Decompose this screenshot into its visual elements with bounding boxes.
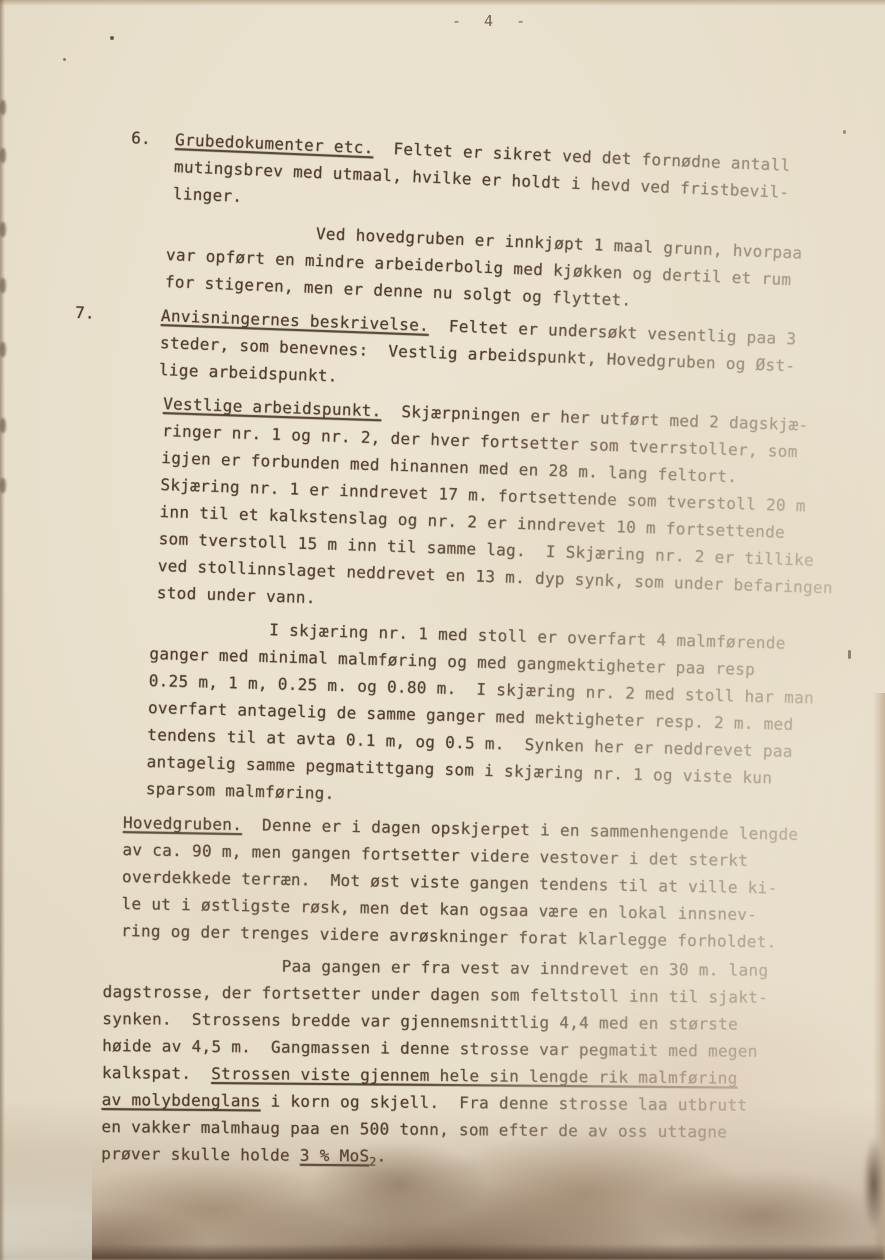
vestlige-arbeidspunkt-heading: Vestlige arbeidspunkt. bbox=[163, 394, 382, 420]
hovedgruben-heading: Hovedgruben. bbox=[123, 813, 243, 834]
scanned-document-page: - 4 - 6.Grubedokumenter etc. Feltet er s… bbox=[0, 0, 885, 1260]
paragraph-text: Ved hovedgruben er innkjøpt 1 maal grunn… bbox=[165, 218, 803, 310]
binding-mark bbox=[0, 342, 6, 357]
scanner-corner-light bbox=[0, 1150, 92, 1260]
paragraph-text: I skjæring nr. 1 med stoll er overfart 4… bbox=[146, 617, 815, 803]
document-body: 6.Grubedokumenter etc. Feltet er sikret … bbox=[160, 126, 860, 1174]
mos2-formula: 3 % MoS2 bbox=[300, 1146, 377, 1166]
section-7-number: 7. bbox=[75, 299, 96, 327]
ink-speck bbox=[63, 58, 66, 61]
mos2-formula-prefix: 3 % MoS bbox=[300, 1146, 370, 1166]
paragraph-vestlige-arbeidspunkt: Vestlige arbeidspunkt. Skjærpningen er h… bbox=[156, 390, 863, 629]
binding-mark bbox=[0, 148, 6, 163]
binding-mark bbox=[0, 278, 6, 293]
paragraph-paa-gangen: Paa gangen er fra vest av inndrevet en 3… bbox=[101, 951, 861, 1174]
section-6-number: 6. bbox=[131, 124, 152, 152]
paragraph-text: Skjærpningen er her utført med 2 dagskjæ… bbox=[157, 401, 834, 607]
bottom-page-edge bbox=[0, 1244, 885, 1260]
binding-mark bbox=[0, 418, 6, 433]
top-page-edge bbox=[0, 0, 885, 6]
paragraph-text: Paa gangen er fra vest av inndrevet en 3… bbox=[102, 955, 769, 1083]
bottom-right-blotch bbox=[863, 1137, 885, 1232]
paragraph-skjaering-observations: I skjæring nr. 1 med stoll er overfart 4… bbox=[146, 613, 863, 821]
section-7-heading: Anvisningernes beskrivelse. bbox=[161, 306, 430, 335]
binding-mark bbox=[0, 222, 6, 237]
paragraph-text: Denne er i dagen opskjerpet i en sammenh… bbox=[121, 815, 799, 951]
left-page-edge bbox=[0, 0, 5, 1260]
section-6-heading: Grubedokumenter etc. bbox=[175, 130, 374, 157]
ink-speck bbox=[110, 36, 114, 40]
right-page-edge bbox=[873, 693, 885, 1260]
paragraph-text: . bbox=[377, 1146, 387, 1165]
binding-mark bbox=[0, 100, 6, 115]
paragraph-hovedgruben: Hovedgruben. Denne er i dagen opskjerpet… bbox=[121, 809, 861, 957]
page-number: - 4 - bbox=[452, 12, 562, 30]
binding-mark bbox=[0, 478, 6, 493]
